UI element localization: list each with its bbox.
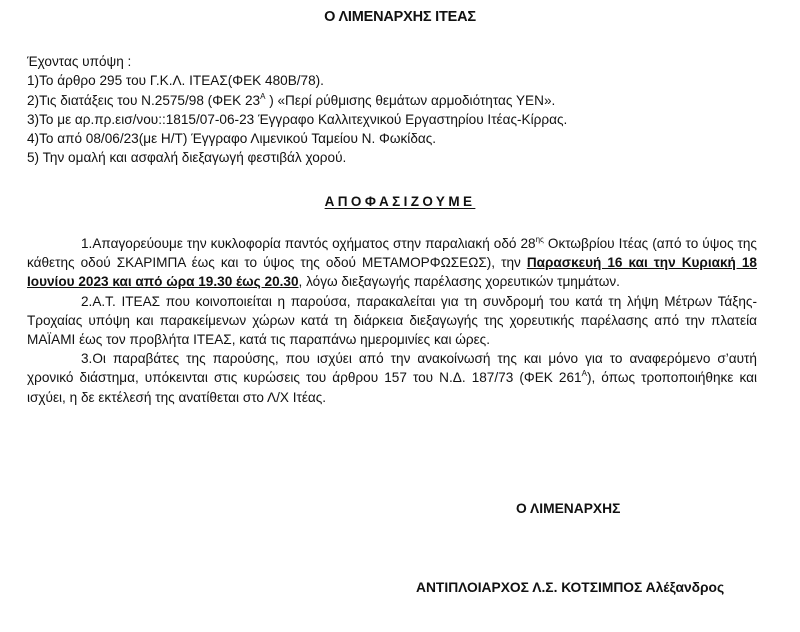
considering-item-4: 4)Το από 08/06/23(με Η/Τ) Έγγραφο Λιμενι… <box>27 129 567 148</box>
decision-paragraph-3: 3.Οι παραβάτες της παρούσης, που ισχύει … <box>27 349 757 407</box>
considering-item-1: 1)Το άρθρο 295 του Γ.Κ.Λ. ΙΤΕΑΣ(ΦΕΚ 480Β… <box>27 71 567 90</box>
considering-intro: Έχοντας υπόψη : <box>27 52 567 71</box>
signature-name: ΑΝΤΙΠΛΟΙΑΡΧΟΣ Λ.Σ. ΚΟΤΣΙΜΠΟΣ Αλέξανδρος <box>416 580 724 595</box>
considering-item-3: 3)Το με αρ.πρ.εισ/νου::1815/07-06-23 Έγγ… <box>27 110 567 129</box>
considering-item-2: 2)Τις διατάξεις του Ν.2575/98 (ΦΕΚ 23Α )… <box>27 91 567 110</box>
considering-item-5: 5) Την ομαλή και ασφαλή διεξαγωγή φεστιβ… <box>27 148 567 167</box>
decision-paragraph-1: 1.Απαγορεύουμε την κυκλοφορία παντός οχή… <box>27 234 757 292</box>
decision-paragraph-2: 2.Α.Τ. ΙΤΕΑΣ που κοινοποιείται η παρούσα… <box>27 292 757 350</box>
decision-section: 1.Απαγορεύουμε την κυκλοφορία παντός οχή… <box>27 234 757 407</box>
document-title: Ο ΛΙΜΕΝΑΡΧΗΣ ΙΤΕΑΣ <box>0 9 800 25</box>
signature-title: Ο ΛΙΜΕΝΑΡΧΗΣ <box>516 501 620 516</box>
decision-heading: ΑΠΟΦΑΣΙΖΟΥΜΕ <box>0 194 800 209</box>
considering-section: Έχοντας υπόψη : 1)Το άρθρο 295 του Γ.Κ.Λ… <box>27 52 567 168</box>
